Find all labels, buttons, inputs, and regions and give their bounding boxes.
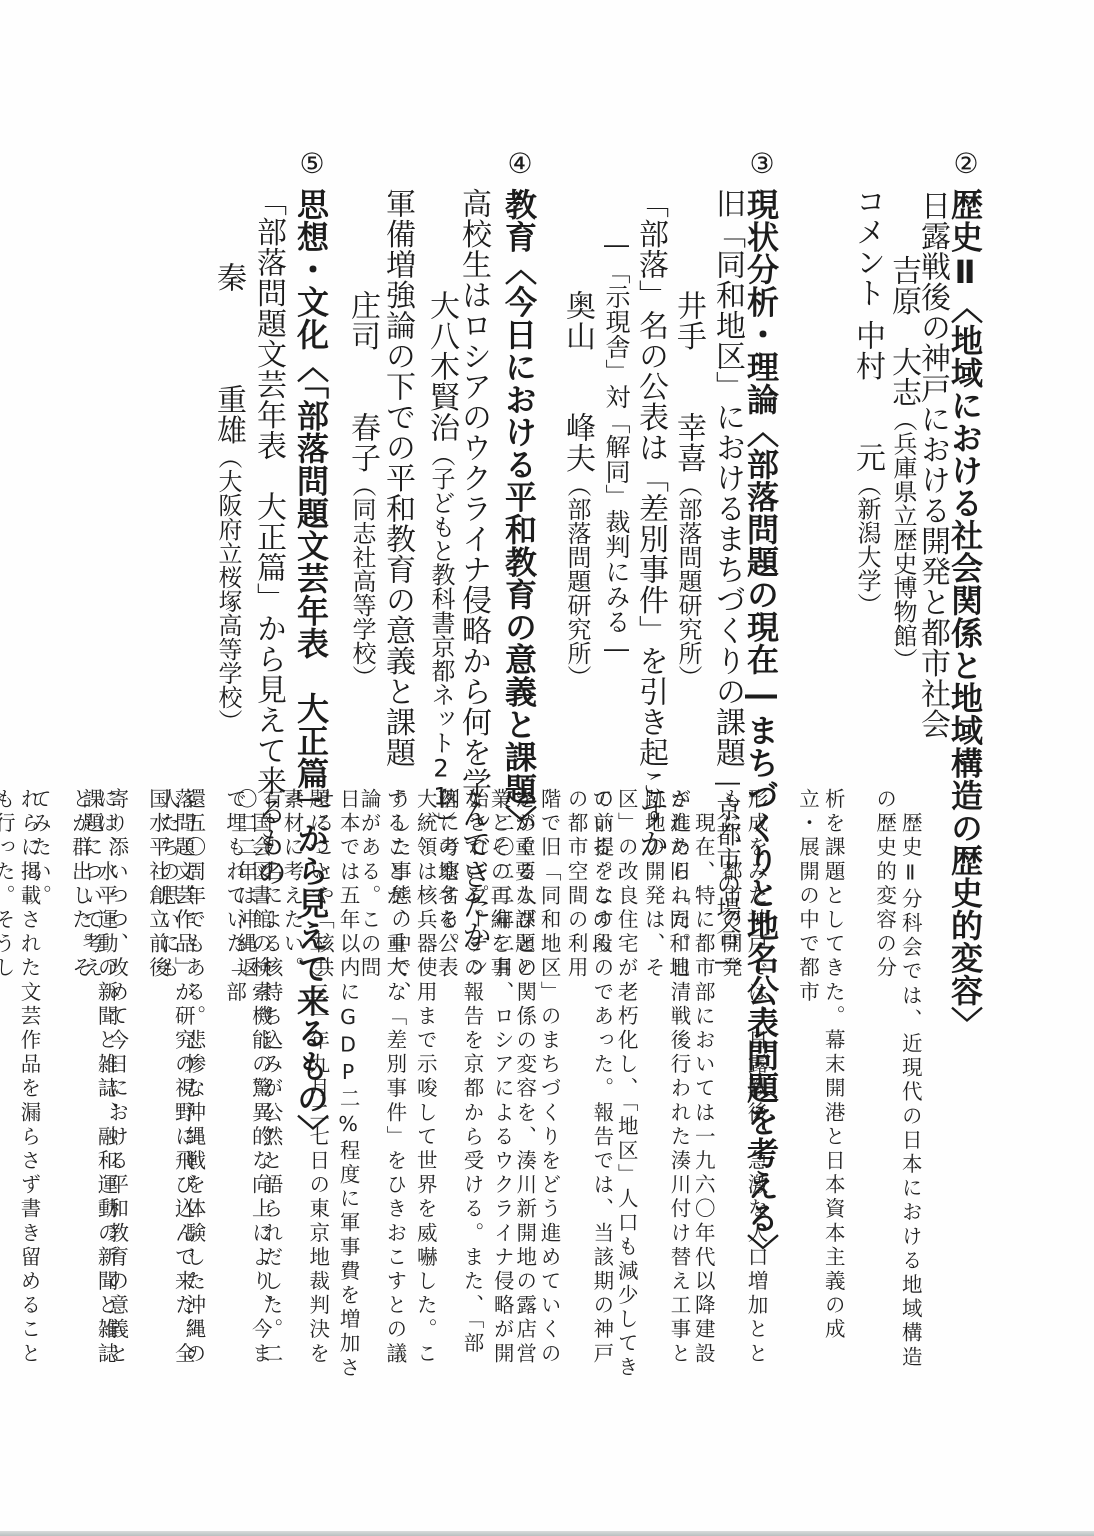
talk-title: 旧「同和地区」におけるまちづくりの課題 [710,188,745,768]
speaker-affiliation: （子どもと教科書京都ネット21） [427,443,455,835]
section-number: ② [950,150,982,178]
section-heading: 現状分析・理論〈部落問題の現在―まちづくりと地名公表問題を考える〉 [745,188,777,1267]
speaker-name: 吉原 大志 [886,255,921,408]
talk-speaker-block: 大八木賢治（子どもと教科書京都ネット21） [426,290,456,835]
section-heading: 歴史Ⅱ〈地域における社会関係と地域構造の歴史的変容〉 [949,188,981,1039]
page-bottom-edge [0,1531,1094,1536]
speaker-name: 大八木賢治 [424,290,459,443]
talk-title: 軍備増強論の下での平和教育の意義と課題 [382,188,412,768]
comment-label: コメント [850,186,885,308]
section-summary: 二〇二二年二月、ロシアによるウクライナ侵略が開始され、プーチン 大統領は核兵器使… [370,788,540,1388]
speaker-name: 奥山 峰夫 [560,290,595,473]
section-summary: 現在、特に都市部においては一九六〇年代以降建設された旧「同和地 区」の改良住宅が… [586,788,741,1388]
speaker-name: 庄司 春子 [345,290,380,473]
speaker-name: 井手 幸喜 [671,290,706,473]
speaker-affiliation: （部落問題研究所） [674,473,702,689]
comment-block: コメント中村 元（新潟大学） [852,186,882,617]
section-number: ⑤ [296,150,328,178]
talk-speaker-block: 秦 重雄（大阪府立桜塚高等学校） [213,262,243,733]
section-summary: 国会図書館の検索機能の驚異的な向上により、今まで埋もれていた「部 落問題文芸作品… [120,788,298,1388]
speaker-affiliation: （同志社高等学校） [348,473,376,689]
comment-affiliation: （新潟大学） [853,473,881,617]
talk-speaker-block: 井手 幸喜（部落問題研究所） [673,290,703,689]
section-heading: 思想・文化〈「部落問題文芸年表 大正篇」から見えて来るもの〉 [295,188,327,1147]
speaker-name: 秦 重雄 [211,262,246,445]
comment-speaker: 中村 元 [850,320,885,473]
speaker-affiliation: （部落問題研究所） [563,473,591,689]
section-summary: 歴史Ⅱ分科会では、近現代の日本における地域構造の歴史的変容の分 析を課題としてき… [768,788,948,1388]
section-number: ④ [504,150,536,178]
talk-subtitle: ―「示現舎」対「解同」裁判にみる― [604,230,629,663]
talk-speaker-block: 奥山 峰夫（部落問題研究所） [562,290,592,689]
speaker-affiliation: （大阪府立桜塚高等学校） [214,445,242,733]
talk-speaker-block: 吉原 大志（兵庫県立歴史博物館） [888,255,918,672]
section-number: ③ [746,150,778,178]
talk-speaker-block: 庄司 春子（同志社高等学校） [347,290,377,689]
section-heading: 教育〈今日における平和教育の意義と課題〉 [503,188,535,838]
talk-title: 「部落問題文芸年表 大正篇」から見えて来るもの [253,186,283,888]
talk-title: 日露戦後の神戸における開発と都市社会 [917,190,947,739]
speaker-affiliation: （兵庫県立歴史博物館） [889,408,917,672]
talk-title: 「部落」名の公表は「差別事件」を引き起こすか [635,188,665,859]
